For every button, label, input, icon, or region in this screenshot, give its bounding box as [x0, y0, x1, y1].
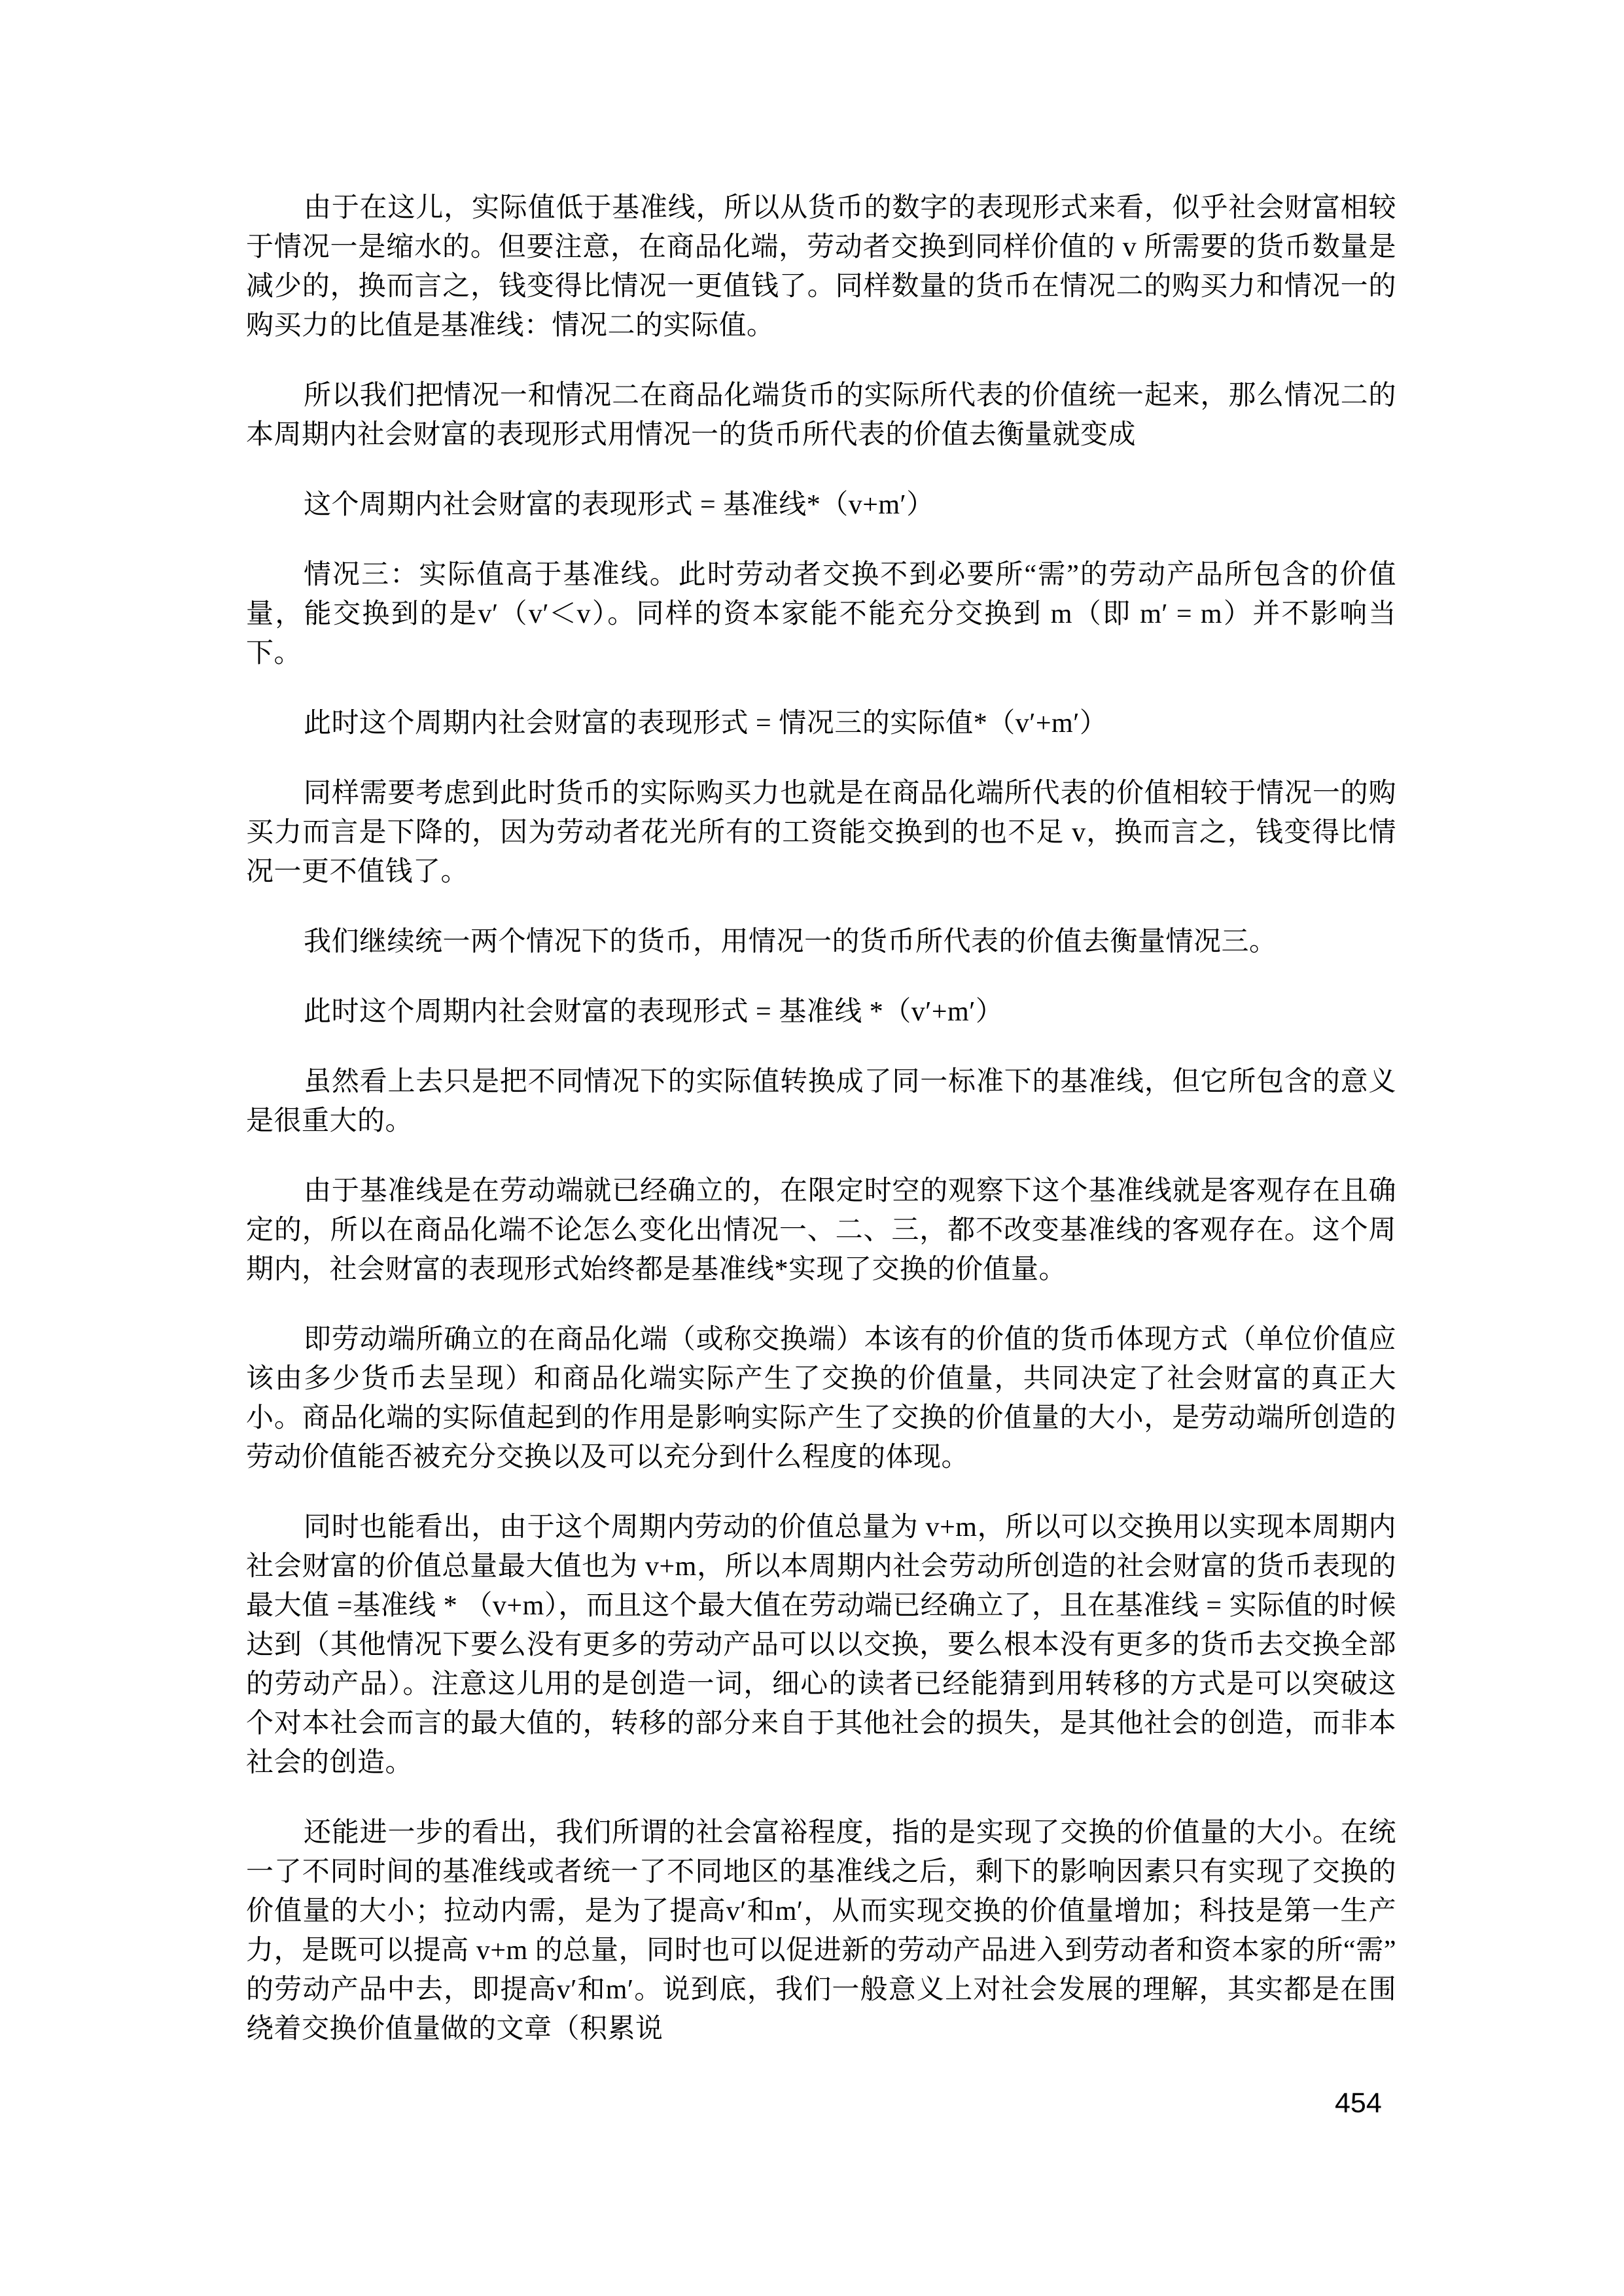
- body-paragraph: 由于在这儿，实际值低于基准线，所以从货币的数字的表现形式来看，似乎社会财富相较于…: [246, 188, 1396, 345]
- body-paragraph: 同样需要考虑到此时货币的实际购买力也就是在商品化端所代表的价值相较于情况一的购买…: [246, 774, 1396, 892]
- formula-paragraph: 此时这个周期内社会财富的表现形式 = 基准线 *（v′+m′）: [246, 992, 1396, 1032]
- body-paragraph: 所以我们把情况一和情况二在商品化端货币的实际所代表的价值统一起来，那么情况二的本…: [246, 376, 1396, 455]
- body-paragraph: 由于基准线是在劳动端就已经确立的，在限定时空的观察下这个基准线就是客观存在且确定…: [246, 1172, 1396, 1289]
- formula-paragraph: 这个周期内社会财富的表现形式 = 基准线*（v+m′）: [246, 485, 1396, 525]
- body-paragraph: 还能进一步的看出，我们所谓的社会富裕程度，指的是实现了交换的价值量的大小。在统一…: [246, 1813, 1396, 2049]
- formula-paragraph: 此时这个周期内社会财富的表现形式 = 情况三的实际值*（v′+m′）: [246, 704, 1396, 743]
- body-paragraph: 同时也能看出，由于这个周期内劳动的价值总量为 v+m，所以可以交换用以实现本周期…: [246, 1508, 1396, 1783]
- body-paragraph: 即劳动端所确立的在商品化端（或称交换端）本该有的价值的货币体现方式（单位价值应该…: [246, 1320, 1396, 1477]
- body-paragraph: 情况三：实际值高于基准线。此时劳动者交换不到必要所“需”的劳动产品所包含的价值量…: [246, 555, 1396, 673]
- paragraph-list: 由于在这儿，实际值低于基准线，所以从货币的数字的表现形式来看，似乎社会财富相较于…: [246, 188, 1396, 2079]
- body-paragraph: 我们继续统一两个情况下的货币，用情况一的货币所代表的价值去衡量情况三。: [246, 922, 1396, 962]
- document-page: 由于在这儿，实际值低于基准线，所以从货币的数字的表现形式来看，似乎社会财富相较于…: [0, 0, 1624, 2296]
- page-number: 454: [1335, 2087, 1382, 2119]
- body-paragraph: 虽然看上去只是把不同情况下的实际值转换成了同一标准下的基准线，但它所包含的意义是…: [246, 1062, 1396, 1141]
